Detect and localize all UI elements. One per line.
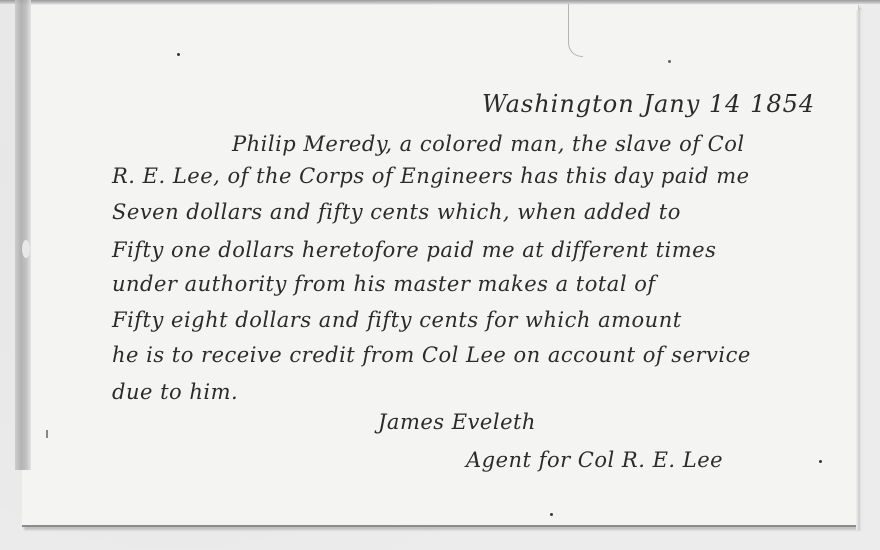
body-line-8: due to him.: [112, 380, 238, 404]
signature-title: Agent for Col R. E. Lee: [466, 448, 723, 472]
body-line-4: Fifty one dollars heretofore paid me at …: [112, 238, 716, 262]
ink-speck: [550, 513, 553, 516]
ink-speck: [668, 60, 671, 63]
body-line-6: Fifty eight dollars and fifty cents for …: [112, 308, 682, 332]
body-line-1: Philip Meredy, a colored man, the slave …: [232, 132, 745, 156]
place-date-line: Washington Jany 14 1854: [482, 90, 815, 118]
handwritten-text: Washington Jany 14 1854 Philip Meredy, a…: [0, 0, 880, 550]
body-line-7: he is to receive credit from Col Lee on …: [112, 343, 751, 367]
ink-speck: [819, 460, 822, 463]
ink-mark: [46, 430, 48, 438]
body-line-5: under authority from his master makes a …: [112, 272, 656, 296]
body-line-3: Seven dollars and fifty cents which, whe…: [112, 200, 681, 224]
signature-name: James Eveleth: [378, 410, 536, 434]
ink-speck: [177, 53, 180, 56]
body-line-2: R. E. Lee, of the Corps of Engineers has…: [112, 164, 750, 188]
